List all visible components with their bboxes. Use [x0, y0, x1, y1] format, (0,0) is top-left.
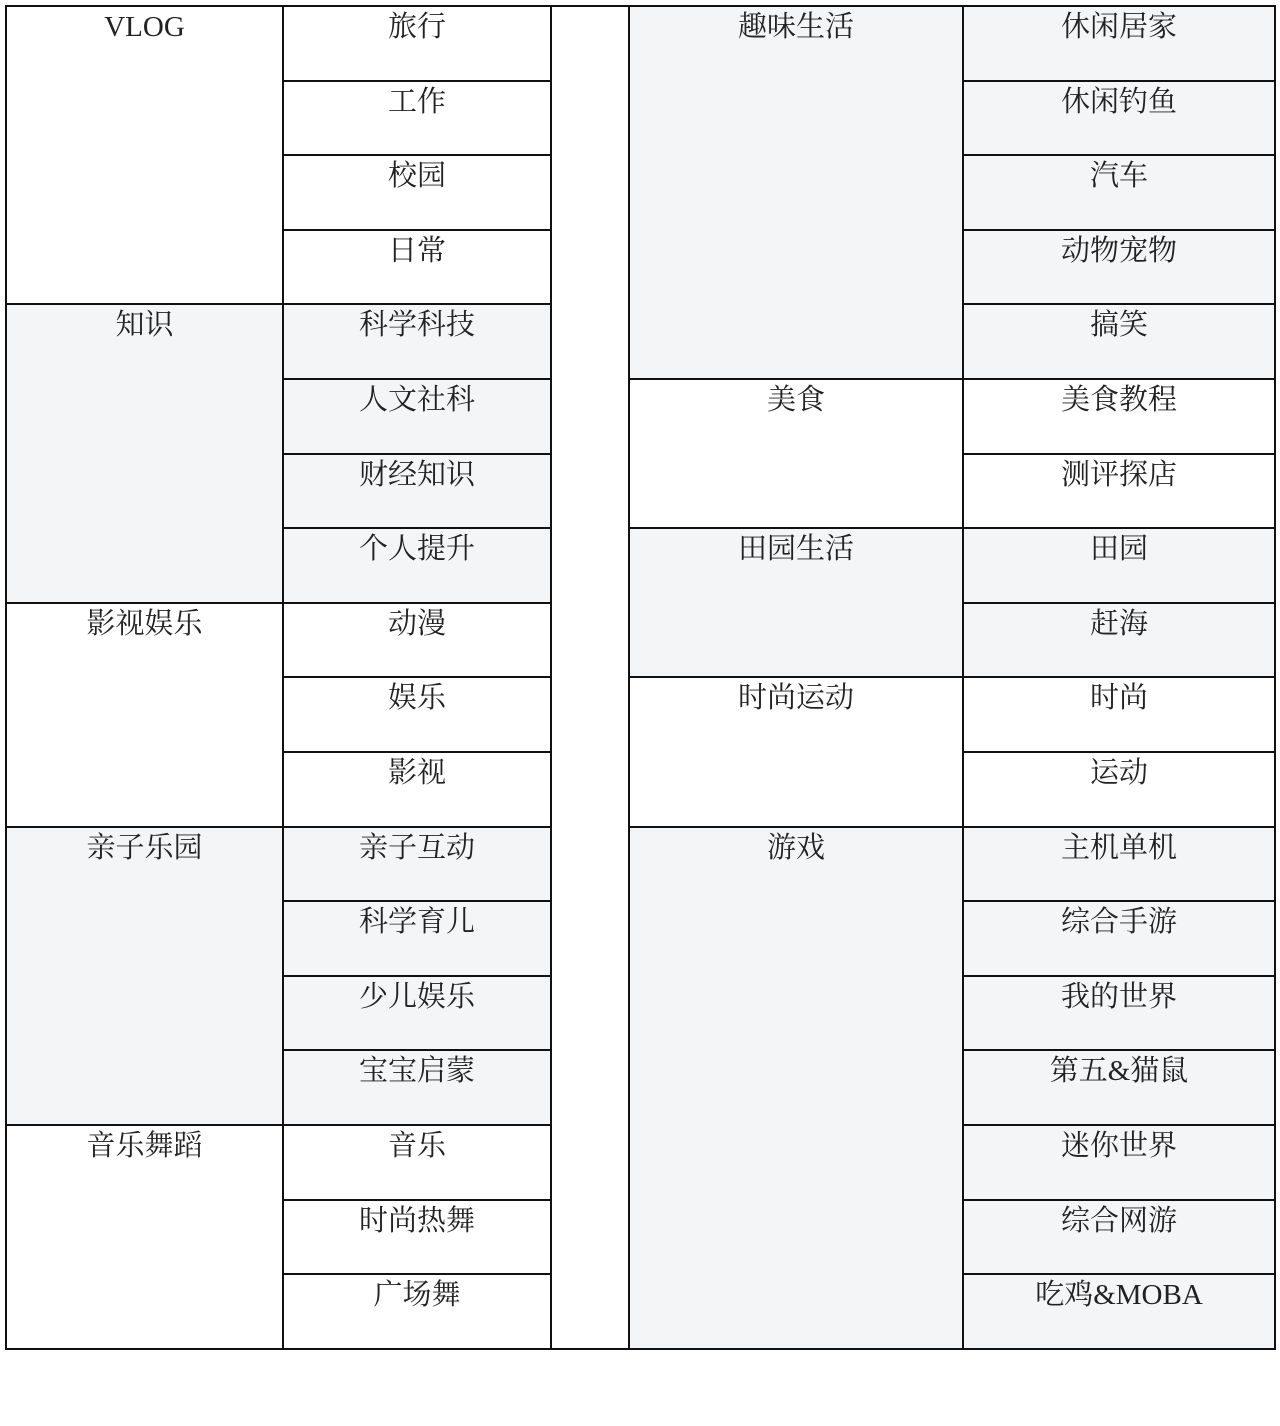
subcategory-cell: 主机单机 — [963, 827, 1275, 902]
subcategory-cell: 人文社科 — [283, 379, 551, 454]
subcategory-cell: 测评探店 — [963, 454, 1275, 529]
category-cell: 音乐舞蹈 — [6, 1125, 283, 1349]
subcategory-cell: 时尚热舞 — [283, 1200, 551, 1275]
subcategory-cell: 少儿娱乐 — [283, 976, 551, 1051]
category-cell: 美食 — [629, 379, 963, 528]
category-cell: 影视娱乐 — [6, 603, 283, 827]
subcategory-cell: 工作 — [283, 81, 551, 156]
subcategory-cell: 个人提升 — [283, 528, 551, 603]
category-table: VLOG旅行趣味生活休闲居家工作休闲钓鱼校园汽车日常动物宠物知识科学科技搞笑人文… — [5, 5, 1276, 1350]
subcategory-cell: 日常 — [283, 230, 551, 305]
subcategory-cell: 吃鸡&MOBA — [963, 1274, 1275, 1349]
subcategory-cell: 美食教程 — [963, 379, 1275, 454]
table-row: 亲子乐园亲子互动游戏主机单机 — [6, 827, 1275, 902]
category-cell: 知识 — [6, 304, 283, 602]
subcategory-cell: 第五&猫鼠 — [963, 1050, 1275, 1125]
subcategory-cell: 搞笑 — [963, 304, 1275, 379]
subcategory-cell: 迷你世界 — [963, 1125, 1275, 1200]
subcategory-cell: 宝宝启蒙 — [283, 1050, 551, 1125]
subcategory-cell: 娱乐 — [283, 677, 551, 752]
subcategory-cell: 影视 — [283, 752, 551, 827]
subcategory-cell: 综合手游 — [963, 901, 1275, 976]
subcategory-cell: 动漫 — [283, 603, 551, 678]
subcategory-cell: 动物宠物 — [963, 230, 1275, 305]
category-cell: 趣味生活 — [629, 6, 963, 379]
subcategory-cell: 综合网游 — [963, 1200, 1275, 1275]
subcategory-cell: 运动 — [963, 752, 1275, 827]
category-cell: 田园生活 — [629, 528, 963, 677]
subcategory-cell: 休闲居家 — [963, 6, 1275, 81]
subcategory-cell: 田园 — [963, 528, 1275, 603]
subcategory-cell: 汽车 — [963, 155, 1275, 230]
subcategory-cell: 科学科技 — [283, 304, 551, 379]
spacer-column — [551, 6, 629, 1349]
subcategory-cell: 亲子互动 — [283, 827, 551, 902]
category-cell: 时尚运动 — [629, 677, 963, 826]
subcategory-cell: 时尚 — [963, 677, 1275, 752]
subcategory-cell: 旅行 — [283, 6, 551, 81]
subcategory-cell: 赶海 — [963, 603, 1275, 678]
subcategory-cell: 科学育儿 — [283, 901, 551, 976]
subcategory-cell: 休闲钓鱼 — [963, 81, 1275, 156]
table-row: VLOG旅行趣味生活休闲居家 — [6, 6, 1275, 81]
subcategory-cell: 音乐 — [283, 1125, 551, 1200]
subcategory-cell: 广场舞 — [283, 1274, 551, 1349]
category-table-body: VLOG旅行趣味生活休闲居家工作休闲钓鱼校园汽车日常动物宠物知识科学科技搞笑人文… — [6, 6, 1275, 1349]
subcategory-cell: 校园 — [283, 155, 551, 230]
category-cell: VLOG — [6, 6, 283, 304]
category-cell: 亲子乐园 — [6, 827, 283, 1125]
subcategory-cell: 财经知识 — [283, 454, 551, 529]
subcategory-cell: 我的世界 — [963, 976, 1275, 1051]
category-cell: 游戏 — [629, 827, 963, 1349]
